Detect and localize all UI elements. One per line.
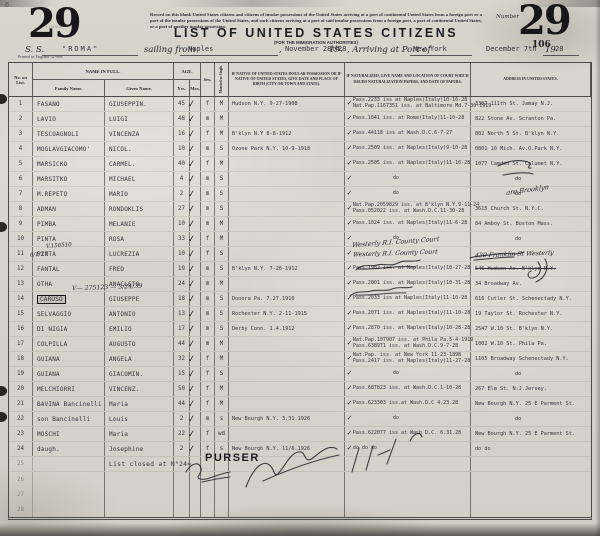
address-cell: 802 North 5 St. B'klyn N.Y. xyxy=(471,127,591,141)
manifest-row: 17COLPILLAAUGUSTO44✓mM✓Nat.Pap.107907 is… xyxy=(9,337,591,352)
manifest-row: 18GUIANAANGELA32✓fM✓Nat.Pap. iss. at New… xyxy=(9,352,591,367)
sex-cell: m xyxy=(201,262,215,276)
naturalization-cell: ✓Pass.2001 iss. at Naples(Italy)10-31-28 xyxy=(345,277,471,291)
married-single-cell xyxy=(215,502,229,517)
check-mark: ✓ xyxy=(187,381,195,395)
age-months-cell: ✓ xyxy=(190,352,201,366)
given-name-cell: VINCENZ. xyxy=(105,382,174,396)
sex-cell: m xyxy=(201,337,215,351)
family-name-cell xyxy=(33,487,105,502)
given-name-cell: MICHAEL xyxy=(105,172,174,186)
check-mark: ✓ xyxy=(347,398,352,407)
row-number: 27 xyxy=(9,487,33,502)
age-months-cell: ✓ xyxy=(190,247,201,261)
check-mark: ✓ xyxy=(347,113,352,122)
given-name-cell: VINCENZA xyxy=(105,127,174,141)
form-title: LIST OF UNITED STATES CITIZENS xyxy=(150,26,482,40)
manifest-row: 6MARSITKOMICHAEL4✓mS✓dodo xyxy=(9,172,591,187)
family-name-cell: daugh. xyxy=(33,442,105,456)
manifest-row: 16DI NIGIAEMILIO17✓mSDerby Conn. 1.4.191… xyxy=(9,322,591,337)
address-cell: do xyxy=(471,412,591,426)
age-months-cell: ✓ xyxy=(190,367,201,381)
check-mark: ✓ xyxy=(347,143,352,152)
sex-cell xyxy=(201,472,215,487)
given-name-cell xyxy=(105,472,174,487)
naturalization-cell xyxy=(345,457,471,471)
port-of-arrival: New York xyxy=(413,45,447,57)
naturalization-cell: ✓do xyxy=(345,187,471,201)
married-single-cell: S xyxy=(215,187,229,201)
row-number: 25 xyxy=(9,457,33,471)
birth-cell xyxy=(229,337,345,351)
family-name-cell: MELCHIORRI xyxy=(33,382,105,396)
check-mark: ✓ xyxy=(347,443,352,452)
address-cell: 3615 Church St. N.Y.C. xyxy=(471,202,591,216)
naturalization-cell xyxy=(345,502,471,517)
age-months-cell: ✓ xyxy=(190,277,201,291)
age-months-cell: ✓ xyxy=(190,382,201,396)
birth-cell xyxy=(229,217,345,231)
age-months-cell: ✓ xyxy=(190,187,201,201)
list-closed-note: List closed at N°24= xyxy=(105,457,174,471)
family-name-cell: FASANO xyxy=(33,97,105,111)
birth-cell xyxy=(229,202,345,216)
naturalization-cell: ✓Pass.2071 iss. at Naples(Italy)11-10-28 xyxy=(345,307,471,321)
married-single-cell: M xyxy=(215,97,229,111)
row-number: 12 xyxy=(9,262,33,276)
age-years-cell xyxy=(174,487,190,502)
row-number: 26 xyxy=(9,472,33,487)
married-single-cell: S xyxy=(215,172,229,186)
married-single-cell: M xyxy=(215,112,229,126)
sex-cell: f xyxy=(201,397,215,411)
check-mark: ✓ xyxy=(187,426,195,440)
married-single-cell: M xyxy=(215,382,229,396)
age-months-cell: ✓ xyxy=(190,97,201,111)
given-name-cell: GIUSEPPE xyxy=(105,292,174,306)
address-cell: 1077 Camden St. Calumet N.Y. xyxy=(471,157,591,171)
sex-cell: f xyxy=(201,352,215,366)
row-number: 24 xyxy=(9,442,33,456)
address-cell: 616 Cutler St. Schenectady N.Y. xyxy=(471,292,591,306)
check-mark: ✓ xyxy=(347,308,352,317)
given-name-cell: ANTONIO xyxy=(105,307,174,321)
address-cell: do xyxy=(471,172,591,186)
manifest-row: 9PIMBAMELANIE10✓mM✓Pass.1024 iss. at Nap… xyxy=(9,217,591,232)
check-mark: ✓ xyxy=(187,441,195,455)
age-months-cell xyxy=(190,457,201,471)
naturalization-cell: ✓Pass.622077 iss at Wash D.C. 6.31.28 xyxy=(345,427,471,441)
sex-cell: m xyxy=(201,112,215,126)
birth-cell xyxy=(229,187,345,201)
birth-cell xyxy=(229,397,345,411)
check-mark: ✓ xyxy=(187,366,195,380)
comma-printed: , xyxy=(279,45,282,57)
naturalization-cell xyxy=(345,472,471,487)
family-name-cell: LAVIO xyxy=(33,112,105,126)
check-mark: ✓ xyxy=(347,293,352,302)
check-mark: ✓ xyxy=(187,411,195,425)
check-mark: ✓ xyxy=(347,428,352,437)
married-single-cell: S xyxy=(215,247,229,261)
address-cell: 546 Hudson Av. B'klyn N.Y. xyxy=(471,262,591,276)
row-number: 17 xyxy=(9,337,33,351)
age-months-cell: ✓ xyxy=(190,262,201,276)
age-months-cell: ✓ xyxy=(190,172,201,186)
col-header-age: AGE. xyxy=(174,63,201,79)
manifest-row: 14CARUSOGIUSEPPE18✓mSDonora Pa. 7.27.191… xyxy=(9,292,591,307)
sex-cell: f xyxy=(201,427,215,441)
birth-cell xyxy=(229,487,345,502)
age-months-cell: ✓ xyxy=(190,322,201,336)
manifest-page: 6 29 —— LINES —— Printed in England 52-9… xyxy=(0,0,600,536)
naturalization-cell: ✓Westerly R.I. County Court xyxy=(345,247,471,261)
given-name-cell: ROSA xyxy=(105,232,174,246)
birth-cell: New Bourgh N.Y. 3.31.1926 xyxy=(229,412,345,426)
check-mark: ✓ xyxy=(347,323,352,332)
naturalization-cell: ✓Pass.44118 iss at Wash.D.C.6-7-27 xyxy=(345,127,471,141)
address-cell xyxy=(471,457,591,471)
address-cell: New Bourgh N.Y. 25 E Parment St. xyxy=(471,397,591,411)
family-name-cell: son Bancinelli xyxy=(33,412,105,426)
check-mark: ✓ xyxy=(187,336,195,350)
manifest-row: 12FANTALFRED19✓mSB'klyn N.Y. 7-26-1912✓P… xyxy=(9,262,591,277)
married-single-cell: S xyxy=(215,142,229,156)
address-cell: 0801 10 Mich. Av.O.Park N.Y. xyxy=(471,142,591,156)
purser-label: PURSER xyxy=(205,452,260,464)
sex-cell: f xyxy=(201,157,215,171)
naturalization-cell: ✓Pass.2870 iss. at Naples(Italy)10-28-28 xyxy=(345,322,471,336)
pencil-mark: 6 xyxy=(5,2,9,9)
married-single-cell: S xyxy=(215,322,229,336)
year-typed: 28 xyxy=(338,45,346,57)
manifest-row: 21BAVINA BancinelliMaria44✓fM✓Pass.62330… xyxy=(9,397,591,412)
check-mark: ✓ xyxy=(347,233,352,242)
married-single-cell: M xyxy=(215,127,229,141)
sex-cell: m xyxy=(201,307,215,321)
sex-cell: m xyxy=(201,322,215,336)
birth-cell: Hudson N.Y. 9-27-1908 xyxy=(229,97,345,111)
given-name-cell: EMILIO xyxy=(105,322,174,336)
naturalization-cell: ✓Pass.2505 iss. at Naples(Italy)11-10-28 xyxy=(345,157,471,171)
given-name-cell: LUCREZIA xyxy=(105,247,174,261)
sex-cell: m xyxy=(201,187,215,201)
age-months-cell: ✓ xyxy=(190,427,201,441)
family-name-cell: ADMAN xyxy=(33,202,105,216)
row-number: 16 xyxy=(9,322,33,336)
married-single-cell: M xyxy=(215,232,229,246)
arrival-year-typed: 28 xyxy=(555,45,563,57)
col-header-married-single: Married or Single. xyxy=(215,63,229,96)
address-cell xyxy=(471,487,591,502)
birth-cell xyxy=(229,427,345,441)
naturalization-cell: ✓Pass.623303 iss.at Wash.D.C 4.23.28 xyxy=(345,397,471,411)
age-months-cell: ✓ xyxy=(190,142,201,156)
birth-cell xyxy=(229,382,345,396)
family-name-cell: CARUSO xyxy=(33,292,105,306)
check-mark: ✓ xyxy=(187,126,195,140)
given-name-cell: GIACOMIN. xyxy=(105,367,174,381)
given-name-cell: GIUSEPPIN. xyxy=(105,97,174,111)
row-number: 20 xyxy=(9,382,33,396)
row-number: 18 xyxy=(9,352,33,366)
number-label: Number xyxy=(496,14,519,20)
check-mark: ✓ xyxy=(347,278,352,287)
family-name-cell: GUIANA xyxy=(33,352,105,366)
manifest-row: 11PINTALUCREZIA10✓fS✓Westerly R.I. Count… xyxy=(9,247,591,262)
married-single-cell: M xyxy=(215,277,229,291)
check-mark: ✓ xyxy=(347,248,352,257)
row-number: 2 xyxy=(9,112,33,126)
row-number: 28 xyxy=(9,502,33,517)
col-header-family-name: Family Name. xyxy=(33,79,105,96)
check-mark: ✓ xyxy=(347,128,352,137)
sex-cell: m xyxy=(201,202,215,216)
check-mark: ✓ xyxy=(187,321,195,335)
sex-cell: f xyxy=(201,247,215,261)
naturalization-cell: ✓do do do xyxy=(345,442,471,456)
manifest-row: 2LAVIOLUIGI48✓mM✓Pass.1041 iss. at Rome(… xyxy=(9,112,591,127)
address-cell: 1105 Broadway Schenectady N.Y. xyxy=(471,352,591,366)
given-name-cell: RONDOKLIS xyxy=(105,202,174,216)
given-name-cell: LUIGI xyxy=(105,112,174,126)
check-mark: ✓ xyxy=(187,246,195,260)
check-mark: ✓ xyxy=(347,338,352,347)
row-number: 9 xyxy=(9,217,33,231)
row-number: 22 xyxy=(9,412,33,426)
check-mark: ✓ xyxy=(187,111,195,125)
table-body: 1FASANOGIUSEPPIN.45✓fMHudson N.Y. 9-27-1… xyxy=(9,97,591,517)
given-name-cell: Maria xyxy=(105,397,174,411)
address-cell: 84 Amboy St. Boston Mass. xyxy=(471,217,591,231)
sex-cell: m xyxy=(201,277,215,291)
family-name-cell xyxy=(33,472,105,487)
check-mark: ✓ xyxy=(187,186,195,200)
check-mark: ✓ xyxy=(187,96,195,110)
age-months-cell: ✓ xyxy=(190,157,201,171)
age-months-cell xyxy=(190,472,201,487)
family-name-cell: FANTAL xyxy=(33,262,105,276)
naturalization-cell: ✓Pass.2509 iss. at Naples(Italy)9-10-28 xyxy=(345,142,471,156)
married-single-cell xyxy=(215,472,229,487)
check-mark: ✓ xyxy=(347,188,352,197)
check-mark: ✓ xyxy=(347,263,352,272)
check-mark: ✓ xyxy=(347,383,352,392)
row-number: 6 xyxy=(9,172,33,186)
row-number: 13 xyxy=(9,277,33,291)
family-name-cell: MARSITKO xyxy=(33,172,105,186)
birth-cell: B'klyn N.Y 8-8-1912 xyxy=(229,127,345,141)
row-number: 21 xyxy=(9,397,33,411)
manifest-row: 23MOSCHIMaria22✓fwd✓Pass.622077 iss at W… xyxy=(9,427,591,442)
birth-cell xyxy=(229,157,345,171)
row-number: 14 xyxy=(9,292,33,306)
check-mark: ✓ xyxy=(187,231,195,245)
birth-cell xyxy=(229,472,345,487)
ss-label: S. S. xyxy=(25,45,44,57)
scan-top-edge xyxy=(0,0,600,7)
col-header-name-in-full: NAME IN FULL. xyxy=(33,63,174,79)
address-cell: 2547 W.10 St. B'klyn N.Y. xyxy=(471,322,591,336)
family-name-cell xyxy=(33,457,105,471)
check-mark: ✓ xyxy=(347,158,352,167)
naturalization-cell: ✓do xyxy=(345,367,471,381)
married-single-cell: S xyxy=(215,202,229,216)
married-single-cell: M xyxy=(215,397,229,411)
given-name-cell: NICOL. xyxy=(105,142,174,156)
birth-cell xyxy=(229,232,345,246)
row-number: 4 xyxy=(9,142,33,156)
manifest-row: 3TESCOAGNOLIVINCENZA16✓fMB'klyn N.Y 8-8-… xyxy=(9,127,591,142)
given-name-cell xyxy=(105,502,174,517)
family-name-cell: TESCOAGNOLI xyxy=(33,127,105,141)
check-mark: ✓ xyxy=(187,141,195,155)
sex-cell: f xyxy=(201,382,215,396)
address-cell xyxy=(471,502,591,517)
manifest-row: 1FASANOGIUSEPPIN.45✓fMHudson N.Y. 9-27-1… xyxy=(9,97,591,112)
address-cell: New Bourgh N.Y. 25 E Parment St. xyxy=(471,427,591,441)
birth-cell xyxy=(229,367,345,381)
birth-cell: Donora Pa. 7.27.1910 xyxy=(229,292,345,306)
manifest-row: 10PINTAROSA33✓fM✓dodo xyxy=(9,232,591,247)
naturalization-cell: ✓Nat.Pap.2059829 iss. at B'klyn N.Y.9-11… xyxy=(345,202,471,216)
family-name-cell: MOGLAVGIACOMO' xyxy=(33,142,105,156)
date-annotation: 8/1/27 xyxy=(30,252,48,259)
row-number: 15 xyxy=(9,307,33,321)
birth-cell xyxy=(229,352,345,366)
given-name-cell: AUGUSTO xyxy=(105,337,174,351)
manifest-row: 8ADMANRONDOKLIS27✓mS✓Nat.Pap.2059829 iss… xyxy=(9,202,591,217)
naturalization-cell xyxy=(345,487,471,502)
check-mark: ✓ xyxy=(187,156,195,170)
check-mark: ✓ xyxy=(187,171,195,185)
naturalization-cell: ✓Pass.687823 iss. at Wash.D.C.1-10-28 xyxy=(345,382,471,396)
manifest-row: 24daugh.Josephine2✓fsNew Bourgh N.Y. 11/… xyxy=(9,442,591,457)
birth-cell xyxy=(229,112,345,126)
married-single-cell: s xyxy=(215,412,229,426)
family-name-cell: MARSICKO xyxy=(33,157,105,171)
given-name-cell: Josephine xyxy=(105,442,174,456)
check-mark: ✓ xyxy=(187,216,195,230)
age-months-cell: ✓ xyxy=(190,217,201,231)
sex-cell: m xyxy=(201,217,215,231)
married-single-cell: wd xyxy=(215,427,229,441)
col-header-birth: If native of United States insular posse… xyxy=(229,63,345,96)
birth-cell xyxy=(229,502,345,517)
age-years-cell xyxy=(174,472,190,487)
table-header: No. on List. NAME IN FULL. Family Name. … xyxy=(9,63,591,97)
naturalization-cell: ✓do xyxy=(345,172,471,186)
address-cell: 430 Franklin St Westerly xyxy=(471,247,591,261)
check-mark: ✓ xyxy=(347,413,352,422)
check-mark: ✓ xyxy=(187,306,195,320)
given-name-cell: Louis xyxy=(105,412,174,426)
age-years-cell xyxy=(174,457,190,471)
binder-hole xyxy=(0,386,7,396)
address-cell: 19 Taylor St. Rochester N.Y. xyxy=(471,307,591,321)
row-number: 23 xyxy=(9,427,33,441)
naturalization-cell: ✓Pass.1041 iss. at Rome(Italy)11-10-28 xyxy=(345,112,471,126)
age-months-cell xyxy=(190,502,201,517)
row-number: 7 xyxy=(9,187,33,201)
port-of-departure: Naples xyxy=(188,45,213,57)
age-months-cell: ✓ xyxy=(190,397,201,411)
family-name-cell: GUIANA xyxy=(33,367,105,381)
check-mark: ✓ xyxy=(187,261,195,275)
birth-cell xyxy=(229,172,345,186)
sex-cell: f xyxy=(201,97,215,111)
col-header-given-name: Given Name. xyxy=(105,79,174,96)
married-single-cell: S xyxy=(215,307,229,321)
age-months-cell: ✓ xyxy=(190,112,201,126)
arrival-date: December 7th xyxy=(486,45,537,57)
given-name-cell: MELANIE xyxy=(105,217,174,231)
age-months-cell: ✓ xyxy=(190,337,201,351)
age-months-cell: ✓ xyxy=(190,442,201,456)
empty-row: 27 xyxy=(9,487,591,502)
col-header-sex: Sex. xyxy=(201,63,215,96)
family-name-cell: MOSCHI xyxy=(33,427,105,441)
sex-cell xyxy=(201,502,215,517)
check-mark: ✓ xyxy=(347,203,352,212)
married-single-cell: M xyxy=(215,217,229,231)
address-cell: do xyxy=(471,232,591,246)
sex-cell: m xyxy=(201,412,215,426)
married-single-cell: S xyxy=(215,292,229,306)
row-number: 3 xyxy=(9,127,33,141)
birth-cell: Ozone Park N.Y. 10-9-1918 xyxy=(229,142,345,156)
naturalization-cell: ✓do xyxy=(345,412,471,426)
sex-cell: f xyxy=(201,367,215,381)
naturalization-cell: ✓Pass.2233 iss at Naples(Italy)10-16-28N… xyxy=(345,97,471,111)
check-mark: ✓ xyxy=(187,351,195,365)
sex-cell: m xyxy=(201,142,215,156)
given-name-cell: CARMEL. xyxy=(105,157,174,171)
empty-row: 28 xyxy=(9,502,591,517)
family-name-cell xyxy=(33,502,105,517)
check-mark: ✓ xyxy=(347,218,352,227)
manifest-row: 22son BancinelliLouis2✓msNew Bourgh N.Y.… xyxy=(9,412,591,427)
binder-hole xyxy=(0,94,7,104)
given-name-cell: ANGELA xyxy=(105,352,174,366)
family-name-cell: M.REPETO xyxy=(33,187,105,201)
birth-cell: B'klyn N.Y. 7-26-1912 xyxy=(229,262,345,276)
check-mark: ✓ xyxy=(347,353,352,362)
binder-hole xyxy=(0,412,7,422)
sex-cell: m xyxy=(201,172,215,186)
age-months-cell xyxy=(190,487,201,502)
col-header-no: No. on List. xyxy=(9,63,33,96)
family-name-cell: PIMBA xyxy=(33,217,105,231)
row-number: 5 xyxy=(9,157,33,171)
row-number: 8 xyxy=(9,202,33,216)
married-single-cell: S xyxy=(215,262,229,276)
check-mark: ✓ xyxy=(187,201,195,215)
check-mark: ✓ xyxy=(347,98,352,107)
married-single-cell: M xyxy=(215,157,229,171)
age-months-cell: ✓ xyxy=(190,307,201,321)
age-months-cell: ✓ xyxy=(190,292,201,306)
scan-right-edge xyxy=(595,0,600,536)
col-header-mos: Mos. xyxy=(190,79,201,96)
birth-cell xyxy=(229,247,345,261)
address-cell: 1002 W.10 St. Phila Pa. xyxy=(471,337,591,351)
married-single-cell: M xyxy=(215,352,229,366)
given-name-cell: FRED xyxy=(105,262,174,276)
address-cell: do xyxy=(471,367,591,381)
address-cell: do do xyxy=(471,442,591,456)
family-name-cell: COLPILLA xyxy=(33,337,105,351)
